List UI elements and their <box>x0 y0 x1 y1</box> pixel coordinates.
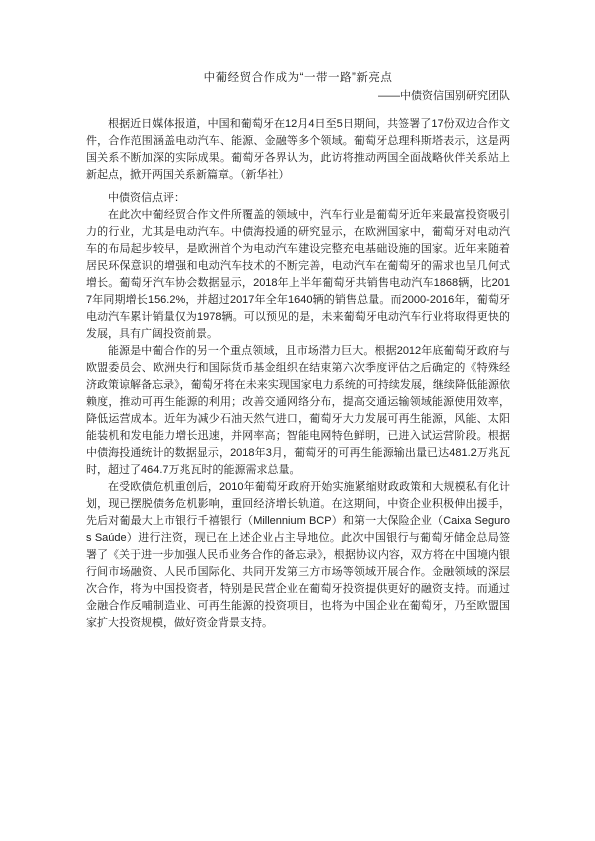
document-title: 中葡经贸合作成为“一带一路”新亮点 <box>86 70 510 87</box>
document-page: 中葡经贸合作成为“一带一路”新亮点 ——中债资信国别研究团队 根据近日媒体报道，… <box>0 0 595 841</box>
paragraph-intro: 根据近日媒体报道，中国和葡萄牙在12月4日至5日期间，共签署了17份双边合作文件… <box>86 116 510 184</box>
paragraph-auto-industry: 在此次中葡经贸合作文件所覆盖的领域中，汽车行业是葡萄牙近年来最富投资吸引力的行业… <box>86 207 510 343</box>
paragraph-energy: 能源是中葡合作的另一个重点领域，且市场潜力巨大。根据2012年底葡萄牙政府与欧盟… <box>86 343 510 479</box>
comment-label: 中债资信点评： <box>86 190 510 207</box>
paragraph-finance: 在受欧债危机重创后，2010年葡萄牙政府开始实施紧缩财政政策和大规模私有化计划，… <box>86 479 510 632</box>
document-byline: ——中债资信国别研究团队 <box>86 88 510 105</box>
